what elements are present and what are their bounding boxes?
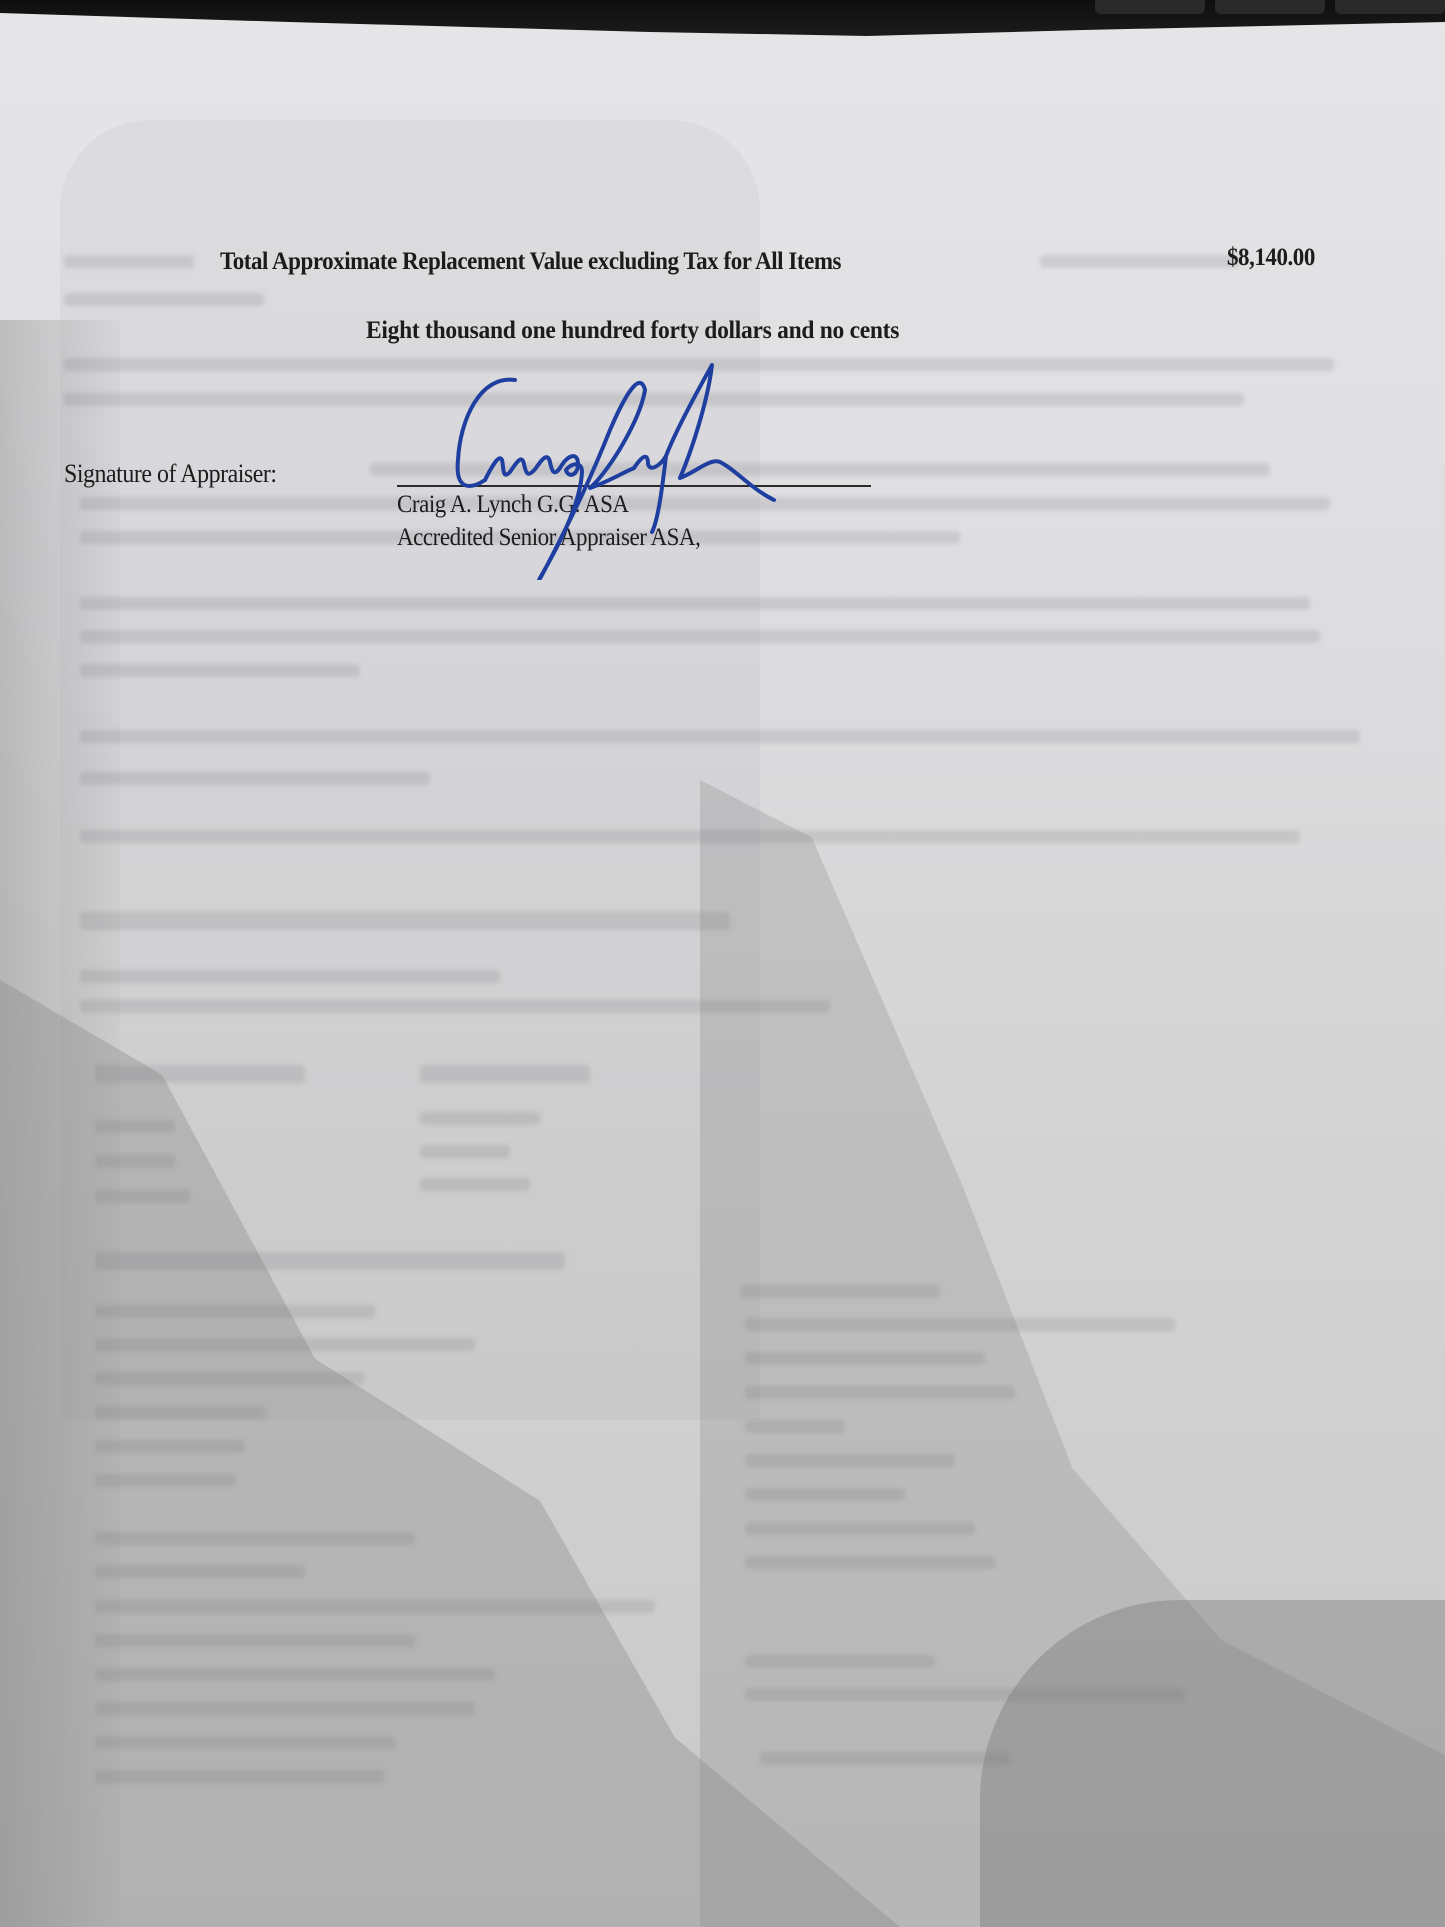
keyboard-key [1215,0,1325,14]
keyboard-key [1335,0,1445,14]
shadow [980,1600,1445,1927]
handwritten-signature [440,360,840,580]
total-value-amount: $8,140.00 [1227,244,1315,272]
total-value-label: Total Approximate Replacement Value excl… [220,248,841,276]
paper-sheet: Total Approximate Replacement Value excl… [0,0,1445,1927]
signature-label: Signature of Appraiser: [64,459,277,489]
keyboard-edge [1095,0,1445,14]
keyboard-key [1095,0,1205,14]
shadow [60,120,760,1420]
amount-in-words: Eight thousand one hundred forty dollars… [366,317,899,345]
